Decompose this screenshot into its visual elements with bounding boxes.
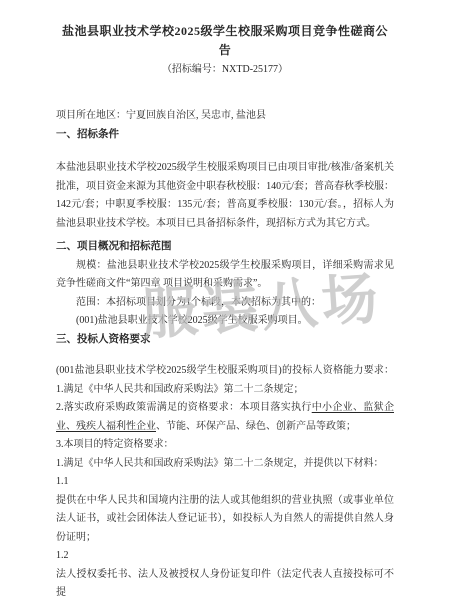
section-2-scale-paragraph: 规模：盐池县职业技术学校2025级学生校服采购项目，详细采购需求见竞争性磋商文件…	[56, 257, 394, 294]
document-content: 盐池县职业技术学校2025级学生校服采购项目竞争性磋商公告 （招标编号：NXTD…	[0, 0, 450, 600]
section-3-specific-requirement-heading: 3.本项目的特定资格要求：	[56, 436, 394, 455]
tender-number: （招标编号：NXTD-25177）	[56, 60, 394, 79]
document-page: 服装八场 盐池县职业技术学校2025级学生校服采购项目竞争性磋商公告 （招标编号…	[0, 0, 450, 600]
policy-text-pre: 2.落实政府采购政策需满足的资格要求：本项目落实执行	[56, 402, 312, 413]
section-3-materials-requirement: 1.满足《中华人民共和国政府采购法》第二十二条规定，并提供以下材料：	[56, 455, 394, 474]
section-3-qualification-requirement: (001盐池县职业技术学校2025级学生校服采购项目)的投标人资格能力要求：1.…	[56, 362, 394, 399]
section-2-lot-line: (001)盐池县职业技术学校2025级学生校服采购项目。	[56, 312, 394, 331]
policy-text-post: 、节能、环保产品、绿色、创新产品等政策；	[156, 421, 356, 432]
section-3-item-1-1-label: 1.1	[56, 473, 394, 492]
section-3-business-license-paragraph: 提供在中华人民共和国境内注册的法人或其他组织的营业执照（或事业单位法人证书，或社…	[56, 492, 394, 548]
section-2-scope-paragraph: 范围：本招标项目划分为1个标段，本次招标为其中的：	[56, 294, 394, 313]
section-1-heading: 一、招标条件	[56, 126, 394, 145]
section-3-item-1-2-label: 1.2	[56, 547, 394, 566]
section-3-policy-paragraph: 2.落实政府采购政策需满足的资格要求：本项目落实执行中小企业、监狱企业、残疾人福…	[56, 399, 394, 436]
document-title: 盐池县职业技术学校2025级学生校服采购项目竞争性磋商公告	[56, 22, 394, 60]
section-3-heading: 三、投标人资格要求	[56, 331, 394, 350]
section-3-authorization-paragraph: 法人授权委托书、法人及被授权人身份证复印件（法定代表人直接投标可不提	[56, 566, 394, 600]
section-2-heading: 二、项目概况和招标范围	[56, 238, 394, 257]
section-1-body: 本盐池县职业技术学校2025级学生校服采购项目已由项目审批/核准/备案机关批准，…	[56, 159, 394, 233]
project-location: 项目所在地区：宁夏回族自治区, 吴忠市, 盐池县	[56, 107, 394, 126]
